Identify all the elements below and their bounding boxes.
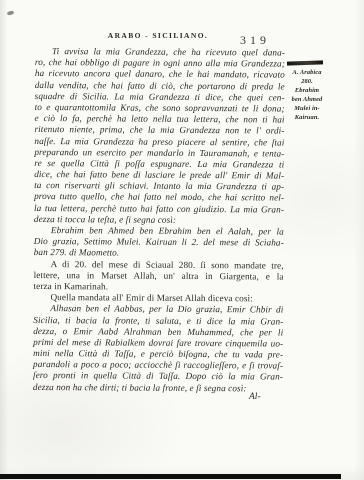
margin-note-line: Ebrahim (284, 86, 330, 95)
paragraph: Ti avvisa la mia Grandezza, che ha ricev… (34, 46, 285, 227)
text-line: ha ricevuto ancora quel danaro, che le h… (35, 68, 285, 81)
scan-edge-bar (0, 474, 341, 479)
paragraph: Alhasan ben el Aabbas, per la Dio grazia… (33, 303, 284, 394)
text-line: dezza non ha che dirti; ti bacia la fron… (33, 382, 283, 395)
margin-note-line: 280. (284, 77, 330, 86)
ink-smudge (7, 10, 15, 16)
text-line: Alhasan ben el Aabbas, per la Dio grazia… (33, 303, 283, 316)
body-text: Ti avvisa la mia Grandezza, che ha ricev… (33, 46, 285, 394)
catchword: Al- (249, 392, 261, 402)
margin-note-line: A. Arabica (284, 68, 330, 77)
scanned-book-page: ARABO - SICILIANO. 319 A. Arabica280.Ebr… (0, 0, 364, 480)
paragraph: Ebrahim ben Ahmed ben Ebrahim ben el Aal… (34, 225, 284, 260)
text-line: ritenuto niente, prima, che la mia Grand… (34, 124, 284, 137)
margin-note-text: A. Arabica280.Ebrahimben AhmedMulei in-K… (284, 68, 330, 122)
running-title: ARABO - SICILIANO. (78, 31, 238, 40)
paragraph: A di 20. del mese di Sciaual 280. ſi son… (33, 259, 283, 294)
page-number: 319 (240, 33, 270, 48)
margin-note-line: ben Ahmed (284, 95, 330, 104)
margin-note: A. Arabica280.Ebrahimben AhmedMulei in-K… (284, 61, 330, 122)
margin-note-line: Mulei in- (284, 104, 330, 113)
text-line: ban 279. di Maometto. (34, 247, 284, 260)
margin-note-line: Kairuan. (284, 113, 330, 122)
margin-rule-bar (287, 60, 323, 65)
